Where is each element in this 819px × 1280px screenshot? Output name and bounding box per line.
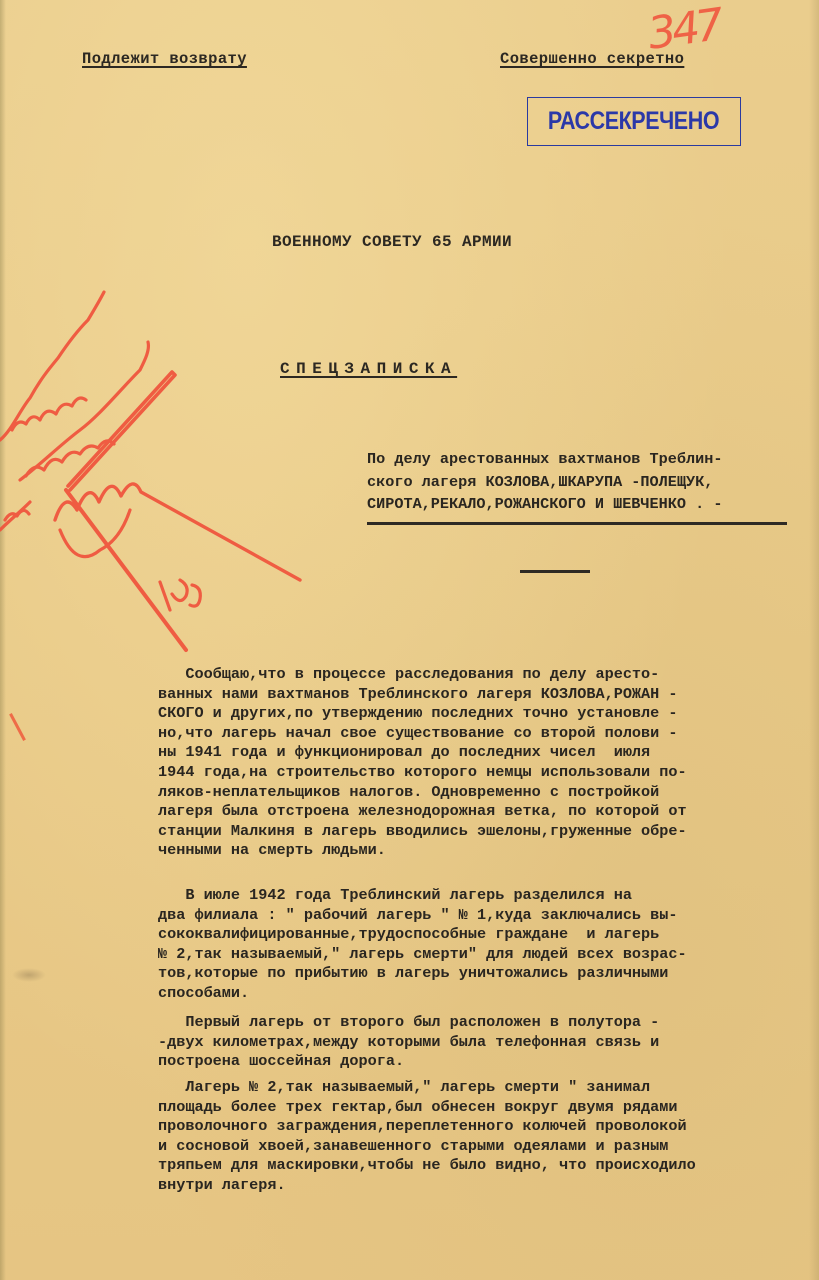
divider-short [520,570,590,573]
handwritten-resolution [0,280,330,660]
document-title: СПЕЦЗАПИСКА [280,360,457,378]
subject-block: По делу арестованных вахтманов Треблин- … [367,448,807,516]
page-edge-shadow [0,0,6,1280]
body-paragraph: Первый лагерь от второго был расположен … [158,1013,808,1072]
divider-line [367,522,787,525]
page-edge-shadow [809,0,819,1280]
body-paragraph: Сообщаю,что в процессе расследования по … [158,665,808,861]
addressee: ВОЕННОМУ СОВЕТУ 65 АРМИИ [272,233,512,251]
body-paragraph: В июле 1942 года Треблинский лагерь разд… [158,886,808,1004]
body-paragraph: Лагерь № 2,так называемый," лагерь смерт… [158,1078,808,1196]
declassified-stamp: РАССЕКРЕЧЕНО [527,97,741,146]
return-required-note: Подлежит возврату [82,50,247,68]
declassified-stamp-text: РАССЕКРЕЧЕНО [548,107,719,136]
red-pencil-mark [9,713,26,741]
handwritten-page-number: 347 [645,0,723,60]
ink-smudge [12,968,46,982]
document-page: Подлежит возврату Совершенно секретно 34… [0,0,819,1280]
